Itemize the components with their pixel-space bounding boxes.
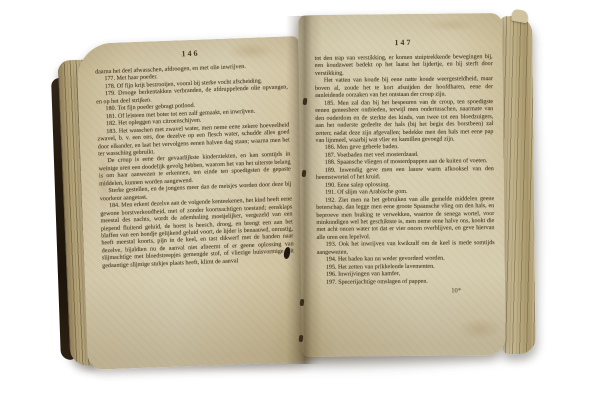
right-page: 147 tot den trap van verstikking, er kom… — [298, 13, 506, 357]
paragraph: Het vatten van koude bij eene natte koud… — [315, 76, 493, 100]
page-number-right: 147 — [314, 37, 492, 48]
page-number-left: 146 — [94, 45, 286, 61]
right-page-text: 147 tot den trap van verstikking, er kom… — [314, 37, 495, 296]
paragraph: tot den trap van verstikking, er komen s… — [315, 54, 493, 78]
signature-mark: 10* — [317, 287, 461, 296]
left-page: 146 daarna het deel afwasschen, afdrooge… — [76, 36, 310, 370]
paragraph: 185. Men zal dan bij het bespeuren van d… — [315, 99, 493, 146]
left-page-text: 146 daarna het deel afwasschen, afdrooge… — [94, 45, 294, 270]
book-photograph: 146 daarna het deel afwasschen, afdrooge… — [0, 0, 600, 398]
left-page-paragraphs: daarna het deel afwasschen, afdroogen, e… — [95, 62, 294, 270]
torn-page-tab — [511, 9, 529, 24]
paragraph: 197. Specerijachtige omslagen of pappen. — [317, 278, 495, 287]
paragraph: 184. Men erkent dezelve aan de volgende … — [100, 197, 294, 271]
paragraph: 192. Ziet men na het gebruiken van alle … — [316, 196, 494, 243]
right-page-paragraphs: tot den trap van verstikking, er komen s… — [315, 54, 495, 287]
